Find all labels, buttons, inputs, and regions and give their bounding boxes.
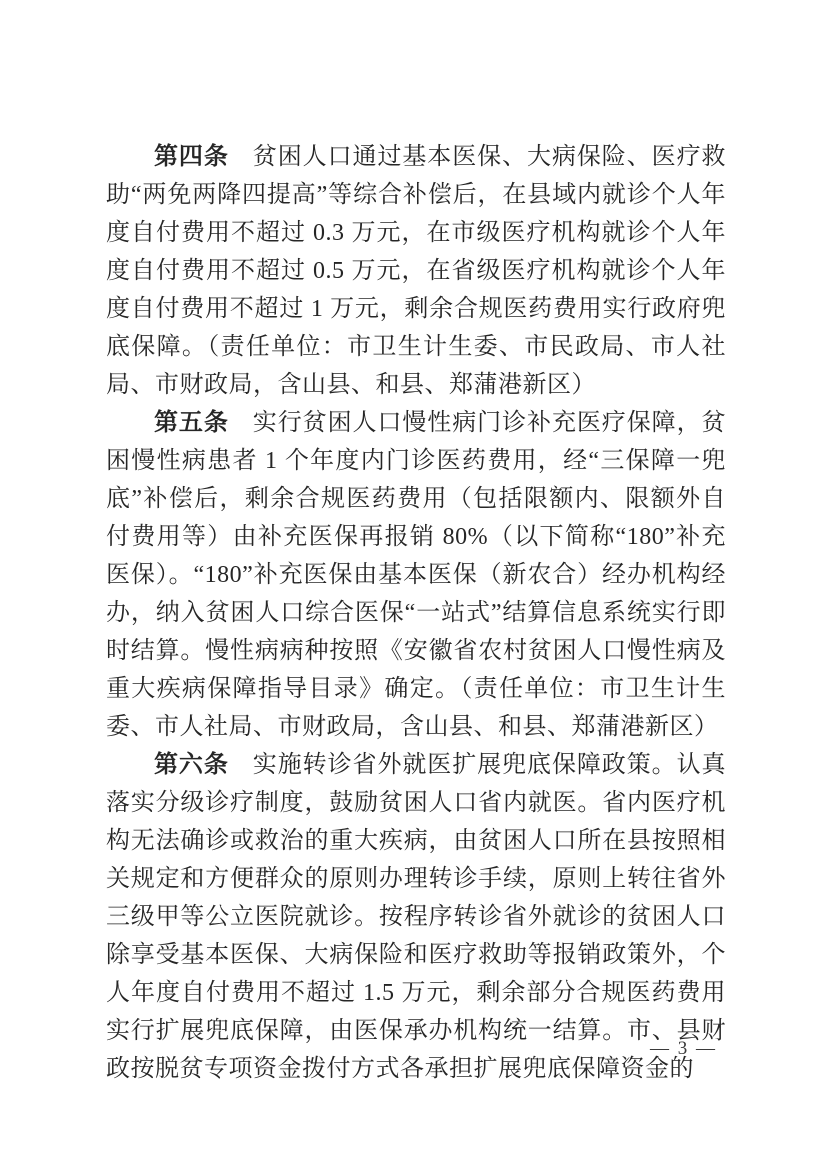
article-6-heading: 第六条: [154, 752, 229, 778]
article-5-heading: 第五条: [154, 410, 229, 436]
article-4-body-text: 贫困人口通过基本医保、大病保险、医疗救助“两免两降四提高”等综合补偿后，在县域内…: [106, 144, 726, 398]
article-5-body-text: 实行贫困人口慢性病门诊补充医疗保障，贫困慢性病患者 1 个年度内门诊医药费用，经…: [106, 410, 726, 740]
article-paragraph: 第五条实行贫困人口慢性病门诊补充医疗保障，贫困慢性病患者 1 个年度内门诊医药费…: [106, 404, 726, 746]
document-body: 第四条贫困人口通过基本医保、大病保险、医疗救助“两免两降四提高”等综合补偿后，在…: [106, 138, 726, 1088]
document-page: 第四条贫困人口通过基本医保、大病保险、医疗救助“两免两降四提高”等综合补偿后，在…: [0, 0, 827, 1169]
article-6-body-text: 实施转诊省外就医扩展兜底保障政策。认真落实分级诊疗制度，鼓励贫困人口省内就医。省…: [106, 752, 726, 1082]
article-paragraph: 第六条实施转诊省外就医扩展兜底保障政策。认真落实分级诊疗制度，鼓励贫困人口省内就…: [106, 746, 726, 1088]
article-paragraph: 第四条贫困人口通过基本医保、大病保险、医疗救助“两免两降四提高”等综合补偿后，在…: [106, 138, 726, 404]
page-number: — 3 —: [650, 1038, 717, 1060]
article-4-heading: 第四条: [154, 144, 229, 170]
